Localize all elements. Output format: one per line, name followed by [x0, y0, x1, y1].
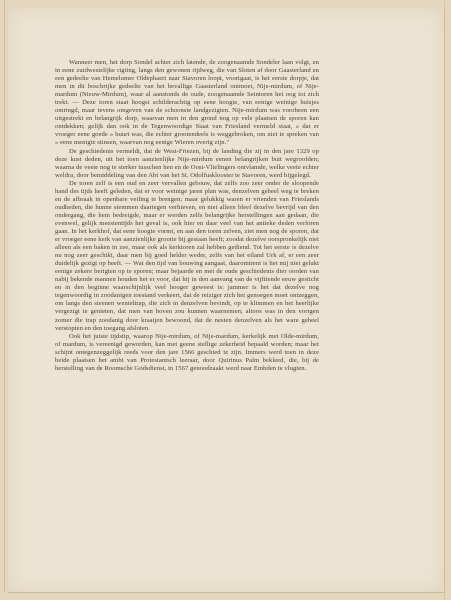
paragraph-1: Wanneer men, het dorp Sondel achter zich… [55, 59, 319, 148]
paragraph-2: De geschiedenis vermeldt, dat de West-Fr… [55, 148, 319, 180]
paper-edge-left [4, 0, 5, 592]
paragraph-3: De toren zelf is een oud en zeer vervall… [55, 180, 319, 333]
paragraph-4: Ook het juiste tijdstip, waarop Nije-mir… [55, 333, 319, 373]
body-text: Wanneer men, het dorp Sondel achter zich… [55, 59, 319, 373]
